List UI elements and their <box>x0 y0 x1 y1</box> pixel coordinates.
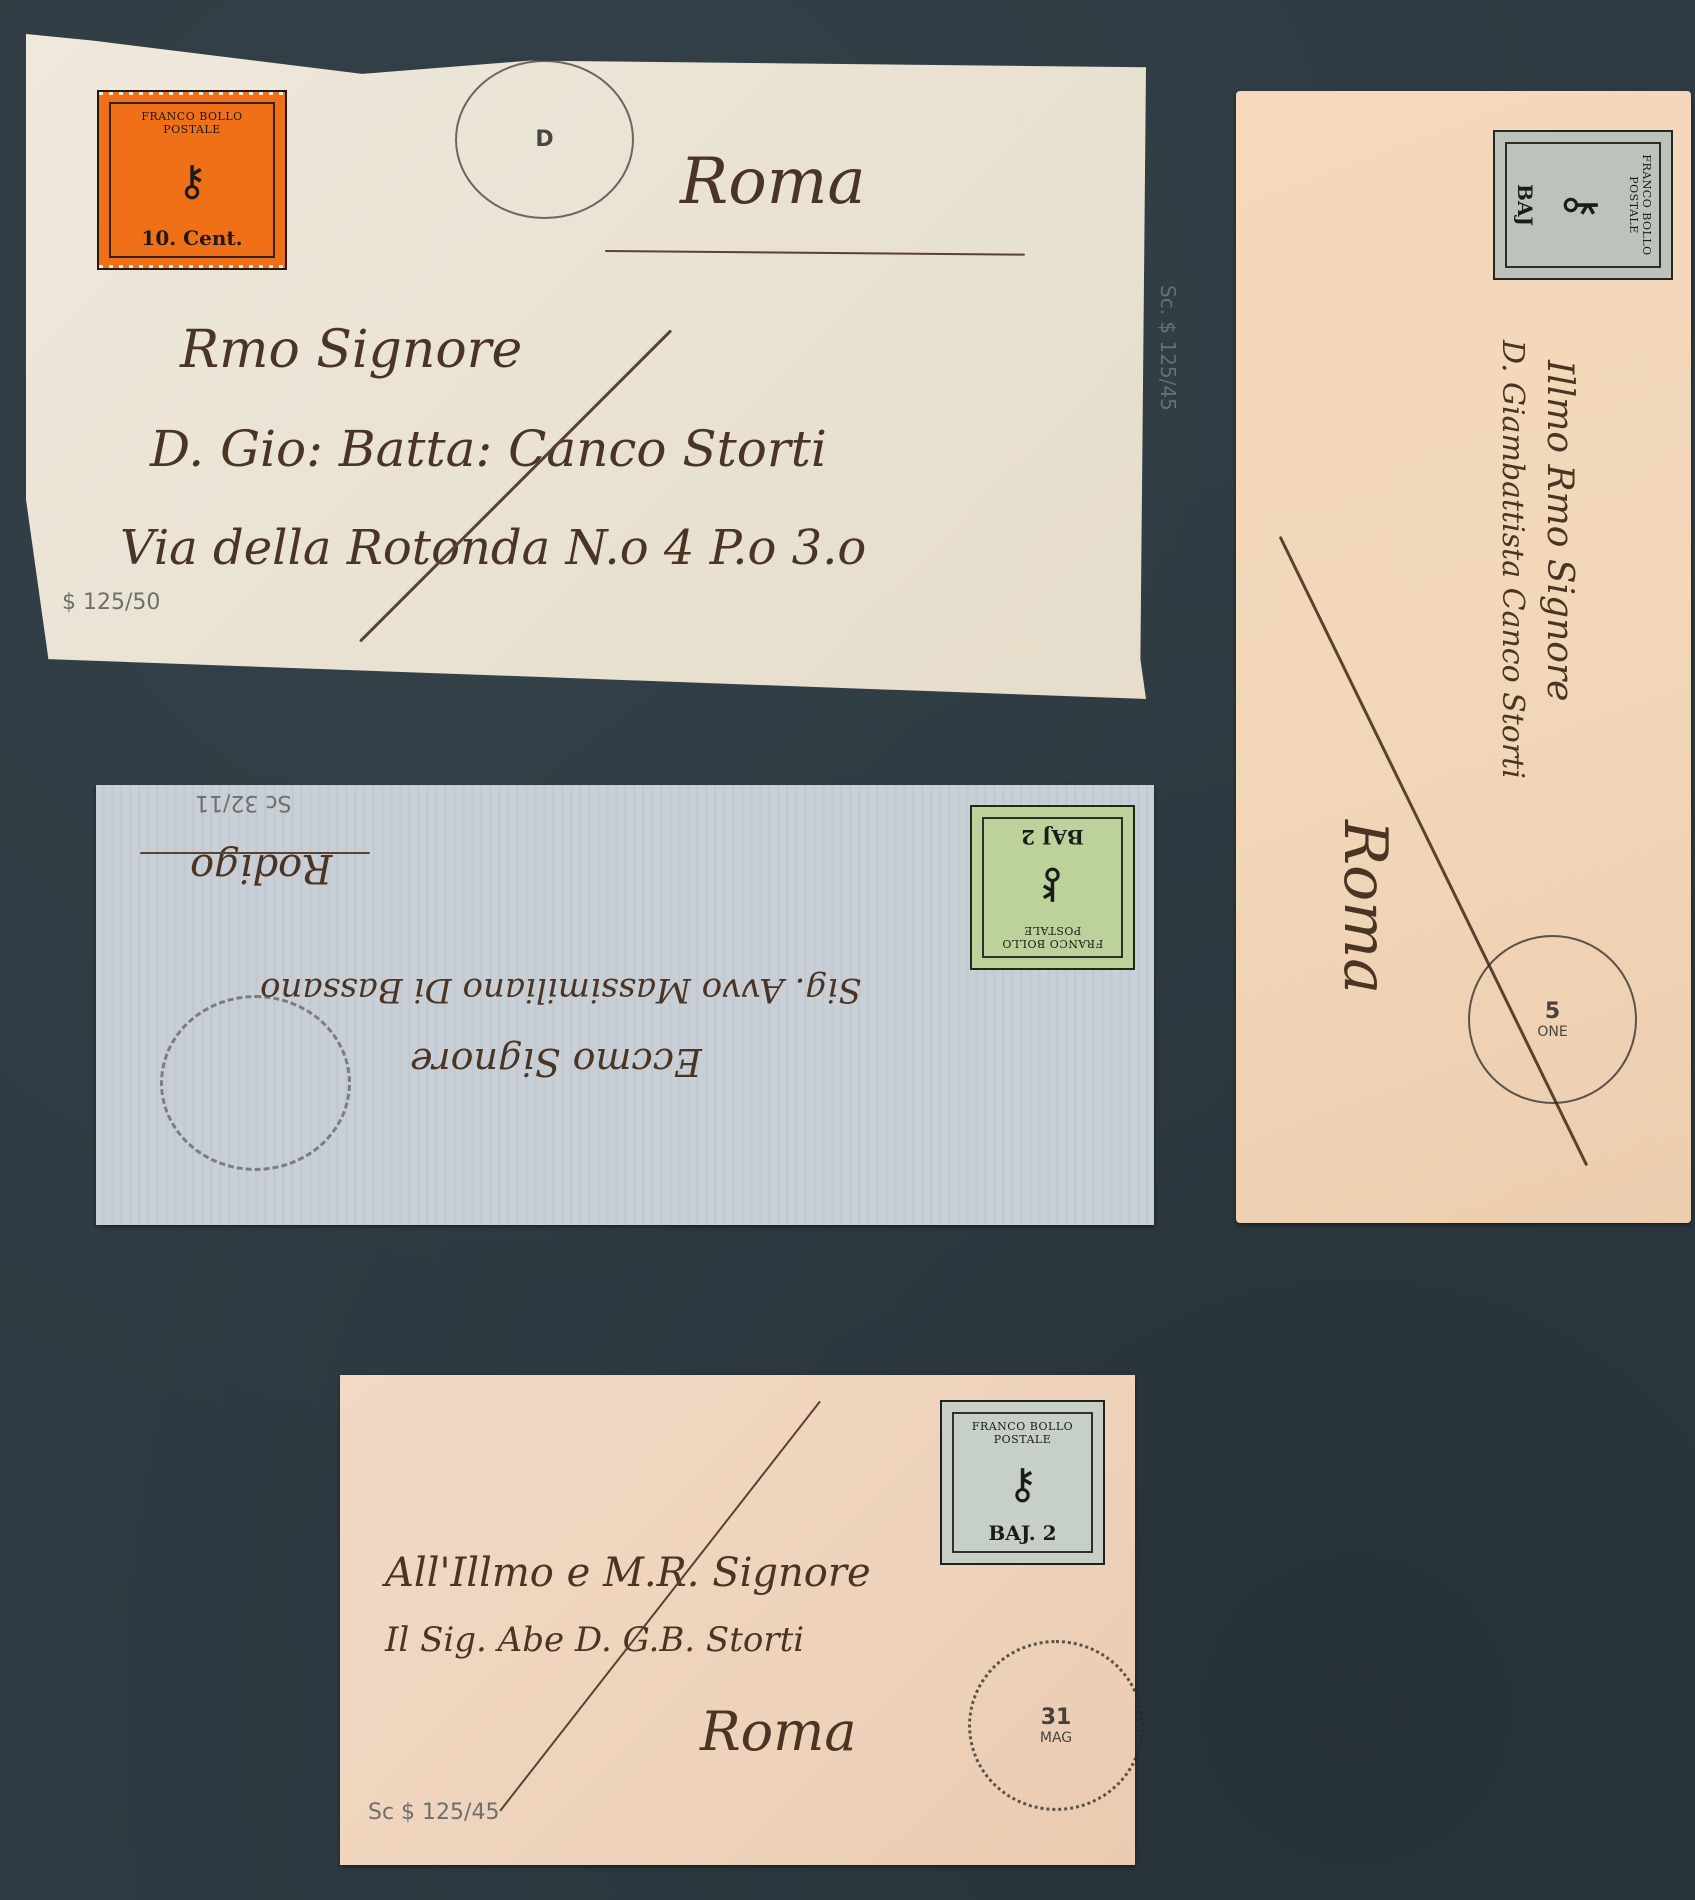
address-line-2: Il Sig. Abe D. G.B. Storti <box>385 1620 804 1660</box>
postmark-subtext: MAG <box>1040 1730 1072 1746</box>
crossed-keys-tiara-icon: ⚷ <box>1007 1463 1038 1505</box>
pencil-catalog-note: Sc 32/11 <box>195 790 291 815</box>
stamp-legend: FRANCO BOLLO POSTALE <box>958 1420 1087 1446</box>
stamp-frame: FRANCO BOLLO POSTALE ⚷ BAJ 2 <box>982 817 1123 958</box>
stamp-frame: FRANCO BOLLO POSTALE ⚷ 10. Cent. <box>109 102 275 258</box>
postmark-circle <box>160 995 351 1171</box>
address-city: Roma <box>680 145 866 219</box>
address-line-2: D. Gio: Batta: Canco Storti <box>150 420 827 478</box>
stamp-frame: FRANCO BOLLO POSTALE ⚷ BAJ <box>1505 142 1661 268</box>
stamp-legend: FRANCO BOLLO POSTALE <box>115 110 269 136</box>
stamp-baj-grey: FRANCO BOLLO POSTALE ⚷ BAJ <box>1493 130 1673 280</box>
address-line-1: Rmo Signore <box>180 320 522 380</box>
postmark-circle: D <box>455 60 634 219</box>
postmark-circle: 5 ONE <box>1468 935 1637 1104</box>
address-line-2: D. Giambattista Canco Storti <box>1495 340 1530 779</box>
underline-stroke <box>140 852 370 854</box>
postmark-text: 5 <box>1545 999 1560 1024</box>
stamp-value: BAJ. 2 <box>988 1521 1056 1545</box>
stamp-legend: FRANCO BOLLO POSTALE <box>988 924 1117 950</box>
address-line-3: Via della Rotonda N.o 4 P.o 3.o <box>120 520 866 576</box>
crossed-keys-tiara-icon: ⚷ <box>1561 190 1603 221</box>
pencil-catalog-note: Sc. $ 125/45 <box>1156 285 1180 411</box>
crossed-keys-tiara-icon: ⚷ <box>1037 866 1068 908</box>
pencil-catalog-note: $ 125/50 <box>62 590 160 615</box>
stamp-baj-2-green: FRANCO BOLLO POSTALE ⚷ BAJ 2 <box>970 805 1135 970</box>
postmark-subtext: ONE <box>1537 1024 1567 1040</box>
address-line-1: Eccmo Signore <box>410 1040 702 1084</box>
postmark-circle: 31 MAG <box>968 1640 1144 1811</box>
address-city: Roma <box>700 1700 857 1763</box>
stamp-value: BAJ 2 <box>1021 825 1084 849</box>
address-line-2: Sig. Avvo Massimiliano Di Bassano <box>260 970 861 1010</box>
stamp-baj-2-grey: FRANCO BOLLO POSTALE ⚷ BAJ. 2 <box>940 1400 1105 1565</box>
stamp-10-cent: FRANCO BOLLO POSTALE ⚷ 10. Cent. <box>97 90 287 270</box>
stamp-legend: FRANCO BOLLO POSTALE <box>1627 148 1653 262</box>
stamp-value: 10. Cent. <box>141 226 242 250</box>
crossed-keys-tiara-icon: ⚷ <box>177 160 208 202</box>
address-city: Roma <box>1330 820 1400 994</box>
stamp-value: BAJ <box>1513 184 1537 226</box>
stamp-frame: FRANCO BOLLO POSTALE ⚷ BAJ. 2 <box>952 1412 1093 1553</box>
address-line-1: All'Illmo e M.R. Signore <box>385 1550 871 1596</box>
pencil-catalog-note: Sc $ 125/45 <box>368 1800 499 1825</box>
postmark-text: 31 <box>1041 1705 1072 1730</box>
postmark-text: D <box>535 127 553 152</box>
address-line-1: Illmo Rmo Signore <box>1539 360 1580 701</box>
